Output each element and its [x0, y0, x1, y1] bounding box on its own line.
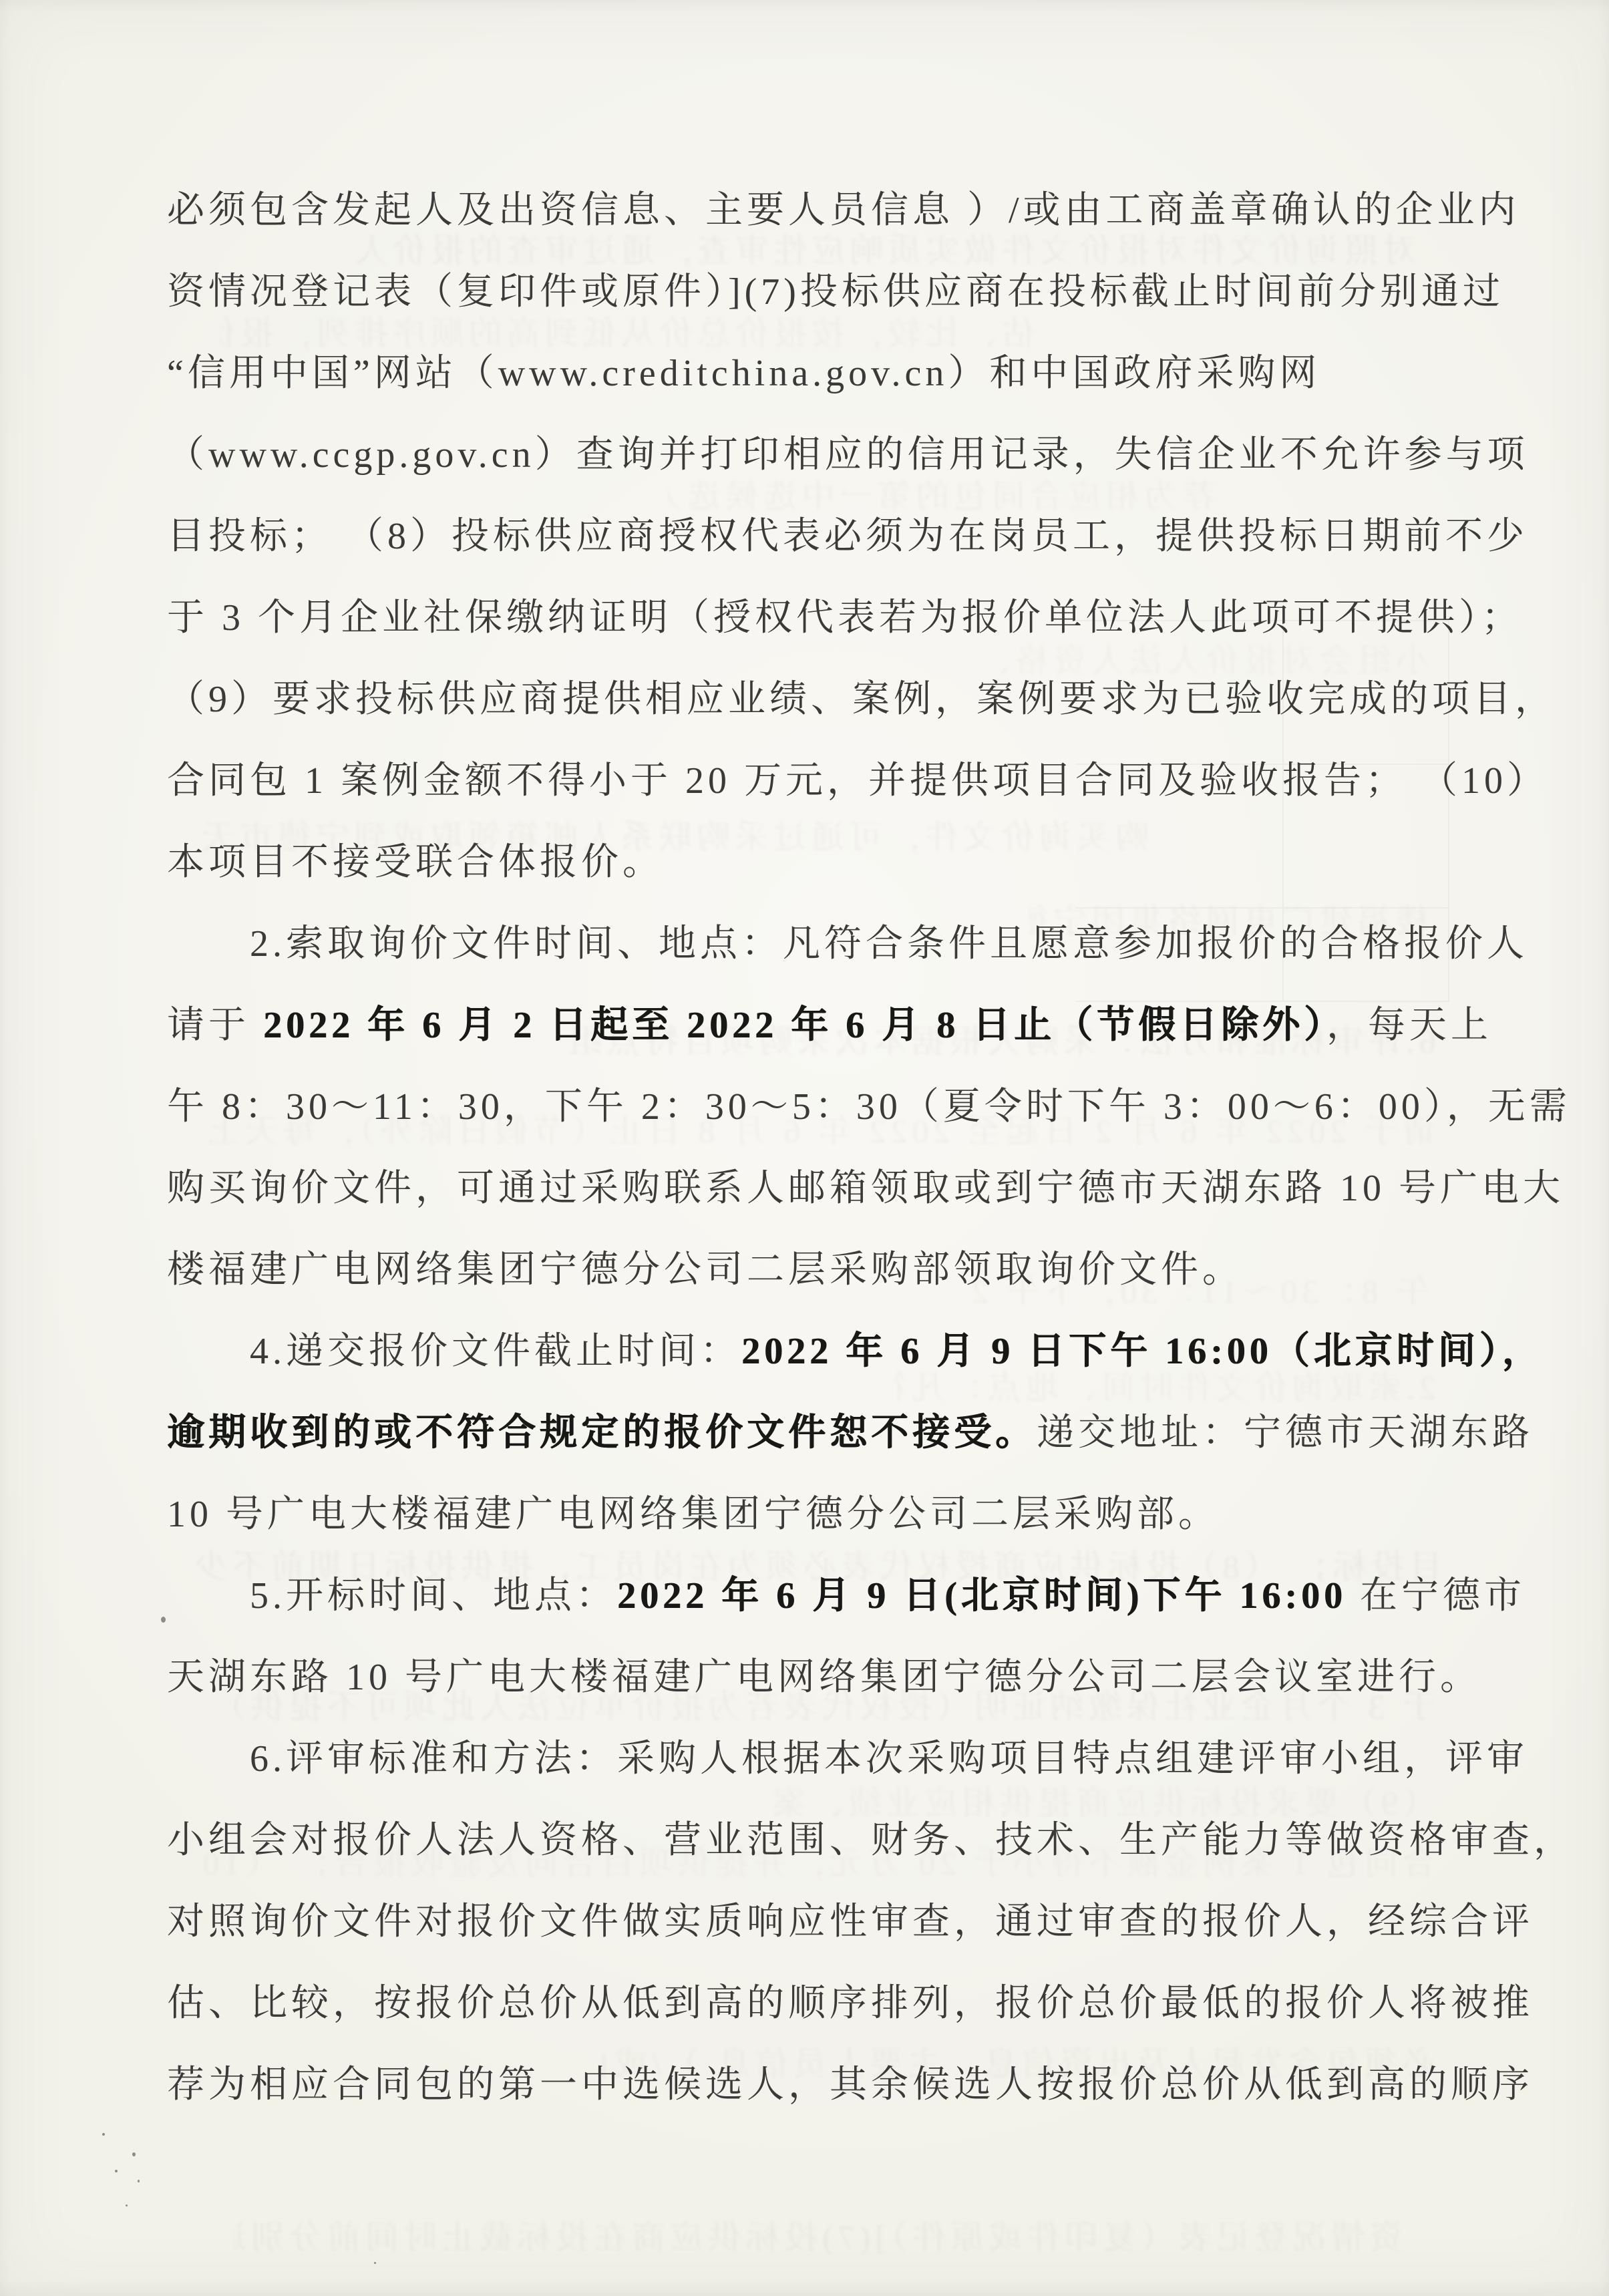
text-segment: 楼福建广电网络集团宁德分公司二层采购部领取询价文件。 — [167, 1249, 1244, 1291]
emphasized-text-segment: 逾期收到的或不符合规定的报价文件恕不接受。 — [167, 1412, 1037, 1454]
text-line-23: 估、比较，按报价总价从低到高的顺序排列，报价总价最低的报价人将被推 — [167, 1963, 1447, 2044]
text-line-1: 必须包含发起人及出资信息、主要人员信息 ）/或由工商盖章确认的企业内 — [167, 170, 1447, 251]
text-line-2: 资情况登记表（复印件或原件）](7)投标供应商在投标截止时间前分别通过 — [167, 251, 1447, 333]
text-line-6: 于 3 个月企业社保缴纳证明（授权代表若为报价单位法人此项可不提供）； — [167, 577, 1447, 659]
scanned-document-page: 对照询价文件对报价文件做实质响应性审查，通过审查的报价人，经综合评 估、比较，按… — [0, 0, 1609, 2296]
text-line-14: 楼福建广电网络集团宁德分公司二层采购部领取询价文件。 — [167, 1229, 1447, 1311]
text-segment: 必须包含发起人及出资信息、主要人员信息 ）/或由工商盖章确认的企业内 — [167, 190, 1520, 231]
text-line-9: 本项目不接受联合体报价。 — [167, 822, 1447, 903]
text-segment: （www.ccgp.gov.cn）查询并打印相应的信用记录，失信企业不允许参与项 — [167, 434, 1529, 476]
text-line-16: 逾期收到的或不符合规定的报价文件恕不接受。递交地址：宁德市天湖东路 — [167, 1392, 1447, 1474]
text-segment: （9）要求投标供应商提供相应业绩、案例，案例要求为已验收完成的项目， — [167, 679, 1556, 720]
text-segment: 请于 — [167, 1005, 263, 1046]
text-segment: 于 3 个月企业社保缴纳证明（授权代表若为报价单位法人此项可不提供）； — [167, 597, 1523, 639]
text-segment: 在宁德市 — [1360, 1575, 1526, 1617]
text-segment: 购买询价文件，可通过采购联系人邮箱领取或到宁德市天湖东路 10 号广电大 — [167, 1168, 1564, 1209]
scan-speck — [161, 1617, 166, 1623]
text-line-10: 2.索取询价文件时间、地点：凡符合条件且愿意参加报价的合格报价人 — [167, 903, 1447, 985]
text-line-15: 4.递交报价文件截止时间：2022 年 6 月 9 日下午 16:00（北京时间… — [167, 1311, 1447, 1392]
text-segment: 10 号广电大楼福建广电网络集团宁德分公司二层采购部。 — [167, 1494, 1220, 1535]
scan-speck — [138, 2180, 140, 2182]
text-segment: “信用中国”网站（www.creditchina.gov.cn）和中国政府采购网 — [167, 353, 1320, 394]
text-segment: 2.索取询价文件时间、地点：凡符合条件且愿意参加报价的合格报价人 — [250, 923, 1528, 965]
text-segment: 5.开标时间、地点： — [250, 1575, 617, 1617]
text-line-5: 目投标； （8）投标供应商授权代表必须为在岗员工，提供投标日期前不少 — [167, 496, 1447, 577]
scan-speck — [374, 2262, 376, 2264]
text-segment: 本项目不接受联合体报价。 — [167, 842, 664, 883]
text-segment: 对照询价文件对报价文件做实质响应性审查，通过审查的报价人，经综合评 — [167, 1901, 1534, 1943]
text-line-18: 5.开标时间、地点：2022 年 6 月 9 日(北京时间)下午 16:00 在… — [167, 1555, 1447, 1637]
document-body: 必须包含发起人及出资信息、主要人员信息 ）/或由工商盖章确认的企业内资情况登记表… — [167, 170, 1447, 2126]
text-line-20: 6.评审标准和方法：采购人根据本次采购项目特点组建评审小组，评审 — [167, 1718, 1447, 1800]
text-line-3: “信用中国”网站（www.creditchina.gov.cn）和中国政府采购网 — [167, 333, 1447, 414]
scan-speck — [115, 2170, 118, 2172]
text-line-21: 小组会对报价人法人资格、营业范围、财务、技术、生产能力等做资格审查， — [167, 1800, 1447, 1881]
text-line-12: 午 8：30～11：30，下午 2：30～5：30（夏令时下午 3：00～6：0… — [167, 1066, 1447, 1148]
emphasized-text-segment: 2022 年 6 月 2 日起至 2022 年 6 月 8 日止（节假日除外） — [263, 1005, 1326, 1046]
text-line-11: 请于 2022 年 6 月 2 日起至 2022 年 6 月 8 日止（节假日除… — [167, 985, 1447, 1066]
text-line-7: （9）要求投标供应商提供相应业绩、案例，案例要求为已验收完成的项目， — [167, 659, 1447, 740]
text-segment: 递交地址：宁德市天湖东路 — [1037, 1412, 1534, 1454]
text-segment: 目投标； （8）投标供应商授权代表必须为在岗员工，提供投标日期前不少 — [167, 516, 1528, 557]
text-segment: 午 8：30～11：30，下午 2：30～5：30（夏令时下午 3：00～6：0… — [167, 1086, 1571, 1128]
text-segment: 6.评审标准和方法：采购人根据本次采购项目特点组建评审小组，评审 — [250, 1738, 1528, 1780]
text-segment: 估、比较，按报价总价从低到高的顺序排列，报价总价最低的报价人将被推 — [167, 1983, 1534, 2024]
text-segment: 资情况登记表（复印件或原件）](7)投标供应商在投标截止时间前分别通过 — [167, 271, 1504, 313]
text-segment: 荐为相应合同包的第一中选候选人，其余候选人按报价总价从低到高的顺序 — [167, 2064, 1534, 2106]
text-line-17: 10 号广电大楼福建广电网络集团宁德分公司二层采购部。 — [167, 1474, 1447, 1555]
text-line-19: 天湖东路 10 号广电大楼福建广电网络集团宁德分公司二层会议室进行。 — [167, 1637, 1447, 1718]
scan-speck — [102, 2133, 105, 2136]
text-segment: 4.递交报价文件截止时间： — [250, 1331, 741, 1372]
text-segment: 合同包 1 案例金额不得小于 20 万元，并提供项目合同及验收报告； （10） — [167, 760, 1548, 802]
text-segment: 天湖东路 10 号广电大楼福建广电网络集团宁德分公司二层会议室进行。 — [167, 1657, 1481, 1698]
scan-speck — [132, 2152, 136, 2156]
bleed-through-text: 资情况登记表（复印件或原件）](7)投标供应商在投标截止时间前分别通过 — [234, 2217, 1403, 2258]
text-line-13: 购买询价文件，可通过采购联系人邮箱领取或到宁德市天湖东路 10 号广电大 — [167, 1148, 1447, 1229]
scan-speck — [126, 2204, 128, 2206]
text-segment: 小组会对报价人法人资格、营业范围、财务、技术、生产能力等做资格审查， — [167, 1820, 1575, 1861]
text-line-24: 荐为相应合同包的第一中选候选人，其余候选人按报价总价从低到高的顺序 — [167, 2044, 1447, 2126]
text-segment: ，每天上 — [1326, 1005, 1492, 1046]
emphasized-text-segment: 2022 年 6 月 9 日下午 16:00（北京时间）， — [741, 1331, 1544, 1372]
text-line-22: 对照询价文件对报价文件做实质响应性审查，通过审查的报价人，经综合评 — [167, 1881, 1447, 1963]
emphasized-text-segment: 2022 年 6 月 9 日(北京时间)下午 16:00 — [617, 1575, 1360, 1617]
text-line-8: 合同包 1 案例金额不得小于 20 万元，并提供项目合同及验收报告； （10） — [167, 740, 1447, 822]
text-line-4: （www.ccgp.gov.cn）查询并打印相应的信用记录，失信企业不允许参与项 — [167, 414, 1447, 496]
